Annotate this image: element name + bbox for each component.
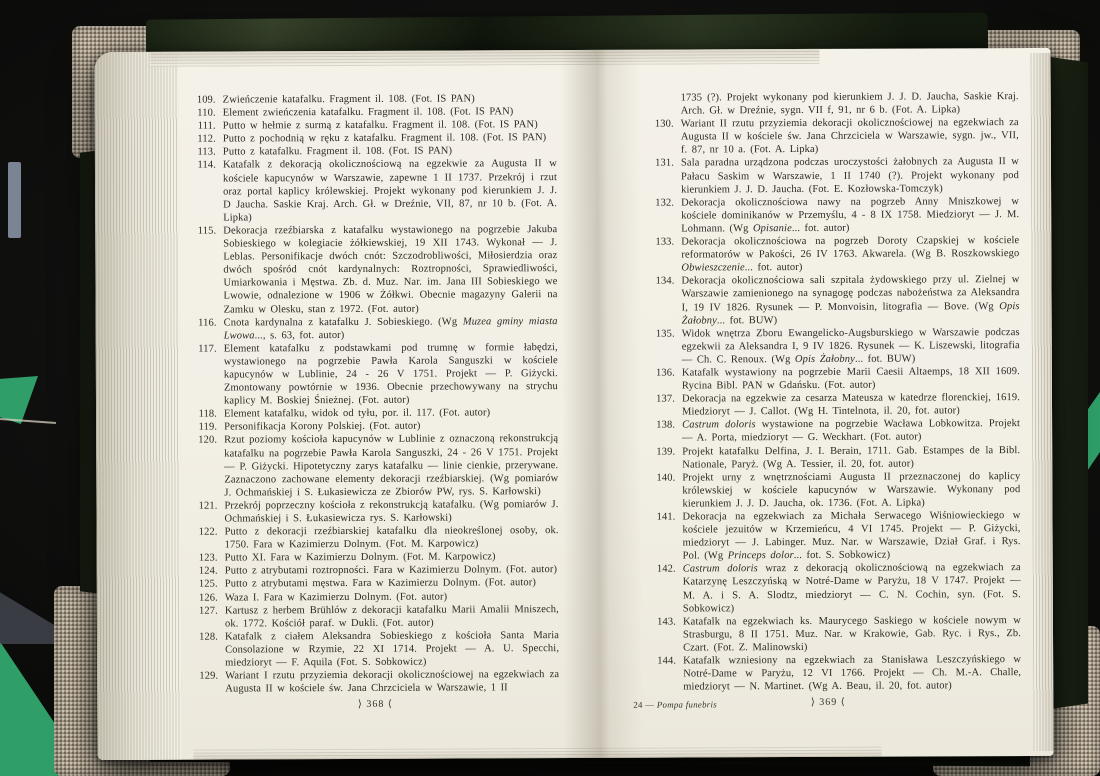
item-number: 129. xyxy=(191,670,225,683)
item-text: Sala paradna urządzona podczas uroczysto… xyxy=(681,156,1019,197)
item-number: 119. xyxy=(190,421,224,434)
list-item: 1735 (?). Projekt wykonany pod kierunkie… xyxy=(647,90,1019,118)
item-text: Dekoracja na egzekwiach za Michała Serwa… xyxy=(682,509,1020,563)
item-text: Katafalk z ciałem Aleksandra Sobieskiego… xyxy=(225,629,559,670)
item-text: Katafalk na egzekwiach ks. Maurycego Sas… xyxy=(683,614,1021,655)
item-number: 138. xyxy=(648,419,682,432)
item-number: 128. xyxy=(191,630,225,643)
item-number: 130. xyxy=(647,118,681,131)
item-number: 124. xyxy=(191,565,225,578)
illustration-list-left: 109.Zwieńczenie katafalku. Fragment il. … xyxy=(189,92,560,696)
item-number: 121. xyxy=(190,499,224,512)
item-number: 141. xyxy=(648,511,682,524)
page-edges-right xyxy=(1030,53,1053,751)
item-number: 131. xyxy=(647,157,681,170)
list-item: 121.Przekrój poprzeczny kościoła z rekon… xyxy=(190,498,558,526)
list-item: 135.Widok wnętrza Zboru Ewangelicko-Augs… xyxy=(648,326,1020,367)
right-page: 1735 (?). Projekt wykonany pod kierunkie… xyxy=(647,90,1022,694)
item-text: Element katafalku z podstawkami pod trum… xyxy=(224,341,558,408)
list-item: 137.Dekoracja na egzekwie za cesarza Mat… xyxy=(648,391,1020,419)
item-number: 142. xyxy=(649,563,683,576)
list-item: 122.Putto z dekoracji rzeźbiarskiej kata… xyxy=(191,524,559,552)
item-text: Castrum doloris wystawione na pogrzebie … xyxy=(682,417,1020,445)
list-item: 131.Sala paradna urządzona podczas urocz… xyxy=(647,156,1019,197)
background-thin-line-left xyxy=(0,418,56,424)
illustration-list-right: 1735 (?). Projekt wykonany pod kierunkie… xyxy=(647,90,1022,694)
fanned-page-edges-left xyxy=(94,52,181,760)
item-number: 116. xyxy=(190,316,224,329)
item-text: Dekoracja na egzekwie za cesarza Mateusz… xyxy=(682,391,1020,419)
item-number: 132. xyxy=(647,196,681,209)
item-number: 113. xyxy=(189,146,223,159)
item-text: 1735 (?). Projekt wykonany pod kierunkie… xyxy=(681,90,1019,118)
item-text: Katafalk wzniesiony na egzekwiach za Sta… xyxy=(683,653,1021,694)
item-number: 118. xyxy=(190,408,224,421)
item-number: 123. xyxy=(191,552,225,565)
list-item: 136.Katafalk wystawiony na pogrzebie Mar… xyxy=(648,365,1020,393)
item-number: 115. xyxy=(189,224,223,237)
left-page: 109.Zwieńczenie katafalku. Fragment il. … xyxy=(189,92,560,696)
list-item: 130.Wariant II rzutu przyziemia dekoracj… xyxy=(647,116,1019,157)
item-number: 125. xyxy=(191,578,225,591)
list-item: 142.Castrum doloris wraz z dekoracją oko… xyxy=(649,561,1021,615)
list-item: 117.Element katafalku z podstawkami pod … xyxy=(190,341,558,408)
list-item: 138.Castrum doloris wystawione na pogrze… xyxy=(648,417,1020,445)
item-text: Wariant I rzutu przyziemia dekoracji oko… xyxy=(225,668,559,696)
item-text: Dekoracja okolicznościowa nawy na pogrze… xyxy=(681,195,1019,236)
page-number-left: ⟩ 368 ⟨ xyxy=(191,698,559,711)
item-text: Wariant II rzutu przyziemia dekoracji ok… xyxy=(681,116,1019,157)
list-item: 129.Wariant I rzutu przyziemia dekoracji… xyxy=(191,668,559,696)
list-item: 115.Dekoracja rzeźbiarska z katafalku wy… xyxy=(189,223,557,316)
list-item: 139.Projekt katafalku Delfina, J. I. Ber… xyxy=(648,444,1020,472)
list-item: 141.Dekoracja na egzekwiach za Michała S… xyxy=(648,509,1020,563)
item-number: 135. xyxy=(648,327,682,340)
page-edges-top xyxy=(150,49,819,67)
item-text: Katafalk z dekoracją okolicznościową na … xyxy=(223,158,557,225)
item-text: Projekt urny z wnętrznościami Augusta II… xyxy=(682,470,1020,511)
item-number: 109. xyxy=(189,94,223,107)
list-item: 116.Cnota kardynalna z katafalku J. Sobi… xyxy=(190,315,558,343)
list-item: 143.Katafalk na egzekwiach ks. Maurycego… xyxy=(649,614,1021,655)
item-text: Katafalk wystawiony na pogrzebie Marii C… xyxy=(682,365,1020,393)
item-text: Rzut poziomy kościoła kapucynów w Lublin… xyxy=(224,433,558,500)
item-text: Kartusz z herbem Brühlów z dekoracji kat… xyxy=(225,603,559,631)
list-item: 133.Dekoracja okolicznościowa na pogrzeb… xyxy=(647,234,1019,275)
item-number: 134. xyxy=(647,275,681,288)
item-number: 114. xyxy=(189,159,223,172)
item-number: 126. xyxy=(191,591,225,604)
item-number: 111. xyxy=(189,120,223,133)
list-item: 134.Dekoracja okolicznościowa sali szpit… xyxy=(647,273,1019,327)
item-number: 110. xyxy=(189,107,223,120)
item-text: Dekoracja okolicznościowa na pogrzeb Dor… xyxy=(681,234,1019,275)
right-page-footer: 24 — Pompa funebris ⟩ 369 ⟨ xyxy=(633,696,1023,714)
item-number: 137. xyxy=(648,393,682,406)
book-photo-scene: 109.Zwieńczenie katafalku. Fragment il. … xyxy=(0,0,1100,776)
list-item: 132.Dekoracja okolicznościowa nawy na po… xyxy=(647,195,1019,236)
list-item: 120.Rzut poziomy kościoła kapucynów w Lu… xyxy=(190,433,558,500)
item-number: 140. xyxy=(648,471,682,484)
item-number: 120. xyxy=(190,434,224,447)
open-book-pages: 109.Zwieńczenie katafalku. Fragment il. … xyxy=(94,48,1053,760)
list-item: 127.Kartusz z herbem Brühlów z dekoracji… xyxy=(191,603,559,631)
item-text: Przekrój poprzeczny kościoła z rekonstru… xyxy=(224,498,558,526)
item-number: 133. xyxy=(647,236,681,249)
item-text: Dekoracja rzeźbiarska z katafalku wystaw… xyxy=(223,223,557,316)
item-number: 136. xyxy=(648,366,682,379)
list-item: 144.Katafalk wzniesiony na egzekwiach za… xyxy=(649,653,1021,694)
list-item: 128.Katafalk z ciałem Aleksandra Sobiesk… xyxy=(191,629,559,670)
background-gray-wedge-left xyxy=(0,584,58,644)
item-text: Cnota kardynalna z katafalku J. Sobieski… xyxy=(224,315,558,343)
item-text: Widok wnętrza Zboru Ewangelicko-Augsburs… xyxy=(682,326,1020,367)
item-number: 144. xyxy=(649,655,683,668)
item-number: 127. xyxy=(191,604,225,617)
page-number-right: ⟩ 369 ⟨ xyxy=(633,696,1023,709)
background-gray-bar-left xyxy=(8,162,21,238)
item-number: 139. xyxy=(648,445,682,458)
list-item: 140.Projekt urny z wnętrznościami August… xyxy=(648,470,1020,511)
item-number: 112. xyxy=(189,133,223,146)
item-text: Dekoracja okolicznościowa sali szpitala … xyxy=(681,273,1019,327)
background-green-patch-left xyxy=(0,376,38,424)
item-number: 122. xyxy=(191,526,225,539)
item-number: 117. xyxy=(190,342,224,355)
item-number: 143. xyxy=(649,615,683,628)
item-text: Castrum doloris wraz z dekoracją okolicz… xyxy=(683,561,1021,615)
book-gutter xyxy=(560,50,643,758)
item-text: Projekt katafalku Delfina, J. I. Berain,… xyxy=(682,444,1020,472)
list-item: 114.Katafalk z dekoracją okolicznościową… xyxy=(189,158,557,225)
item-text: Putto z dekoracji rzeźbiarskiej katafalk… xyxy=(225,524,559,552)
